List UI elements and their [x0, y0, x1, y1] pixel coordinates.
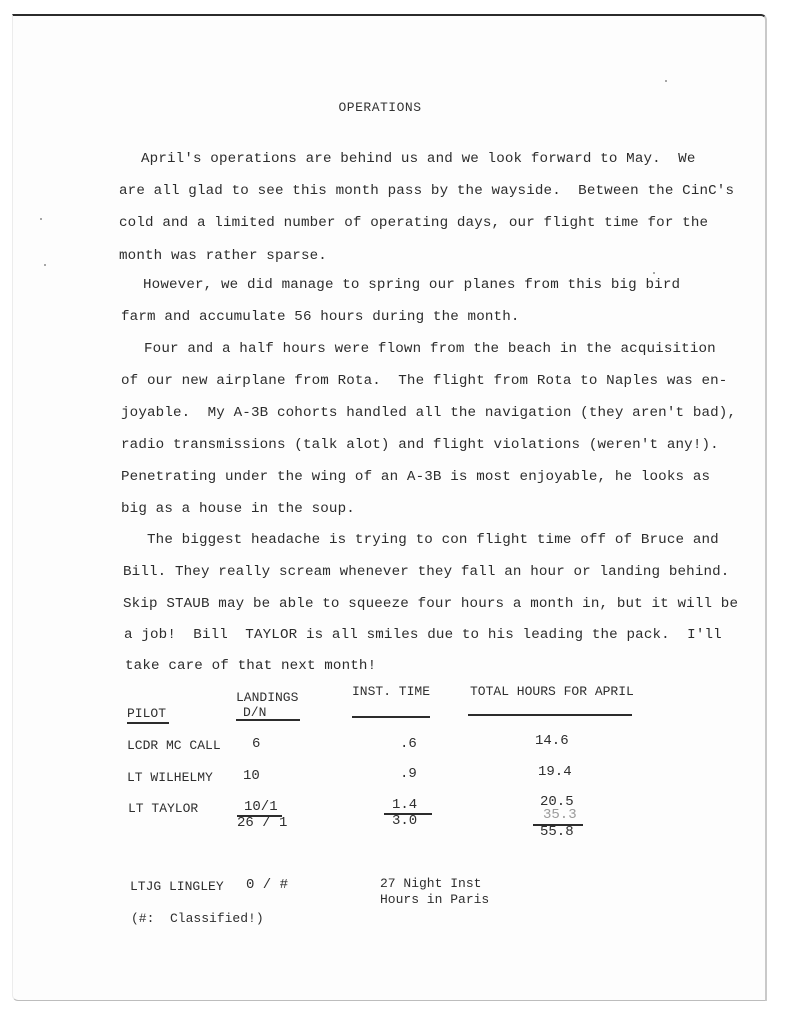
paragraph-4-line-2: Bill. They really scream whenever they f…: [123, 564, 729, 580]
inst-time-total: 3.0: [392, 813, 417, 829]
header-pilot: PILOT: [127, 706, 166, 721]
lingley-note-line-2: Hours in Paris: [380, 892, 489, 907]
scan-speck: [44, 264, 46, 266]
row-1-inst-time: .6: [400, 736, 417, 752]
row-2-total-hours: 19.4: [538, 764, 572, 780]
paragraph-1-line-2: are all glad to see this month pass by t…: [119, 183, 734, 199]
page-title: OPERATIONS: [0, 100, 760, 115]
classified-footnote: (#: Classified!): [131, 911, 264, 926]
row-1-total-hours: 14.6: [535, 733, 569, 749]
lingley-pilot: LTJG LINGLEY: [130, 879, 224, 894]
paragraph-3-line-3: joyable. My A-3B cohorts handled all the…: [121, 405, 736, 421]
paragraph-4-line-3: Skip STAUB may be able to squeeze four h…: [123, 596, 738, 612]
paragraph-1-line-1: April's operations are behind us and we …: [141, 151, 696, 167]
landings-total: 26 / 1: [237, 815, 287, 831]
row-2-pilot: LT WILHELMY: [127, 770, 213, 785]
row-2-inst-time: .9: [400, 766, 417, 782]
paragraph-4-line-1: The biggest headache is trying to con fl…: [147, 532, 719, 548]
paragraph-3-line-4: radio transmissions (talk alot) and flig…: [121, 437, 719, 453]
scan-speck: [665, 80, 667, 82]
header-total-hours-underline: [468, 714, 632, 716]
paragraph-3-line-1: Four and a half hours were flown from th…: [144, 341, 716, 357]
row-3-pilot: LT TAYLOR: [128, 801, 198, 816]
header-landings: LANDINGS: [236, 690, 298, 705]
header-landings-underline: [236, 719, 300, 721]
row-3-landings: 10/1: [244, 799, 278, 815]
hours-addend: 35.3: [543, 807, 577, 823]
row-2-landings: 10: [243, 768, 260, 784]
paragraph-3-line-6: big as a house in the soup.: [121, 501, 355, 517]
header-total-hours: TOTAL HOURS FOR APRIL: [470, 684, 634, 699]
paragraph-4-line-5: take care of that next month!: [125, 658, 376, 674]
hours-total: 55.8: [540, 824, 574, 840]
header-landings-dn: D/N: [243, 705, 266, 720]
paragraph-2-line-1: However, we did manage to spring our pla…: [143, 277, 680, 293]
row-1-landings: 6: [252, 736, 260, 752]
header-pilot-underline: [127, 722, 169, 724]
paragraph-2-line-2: farm and accumulate 56 hours during the …: [121, 309, 520, 325]
paragraph-3-line-2: of our new airplane from Rota. The fligh…: [121, 373, 727, 389]
scan-speck: [40, 218, 42, 220]
header-inst-time: INST. TIME: [352, 684, 430, 699]
row-1-pilot: LCDR MC CALL: [127, 738, 221, 753]
scan-speck: [653, 272, 655, 274]
lingley-landings: 0 / #: [246, 877, 288, 893]
row-3-inst-time: 1.4: [392, 797, 417, 813]
paragraph-3-line-5: Penetrating under the wing of an A-3B is…: [121, 469, 710, 485]
paragraph-1-line-4: month was rather sparse.: [119, 248, 327, 264]
lingley-note-line-1: 27 Night Inst: [380, 876, 481, 891]
paragraph-4-line-4: a job! Bill TAYLOR is all smiles due to …: [124, 627, 722, 643]
header-inst-time-underline: [352, 716, 430, 718]
paragraph-1-line-3: cold and a limited number of operating d…: [119, 215, 708, 231]
